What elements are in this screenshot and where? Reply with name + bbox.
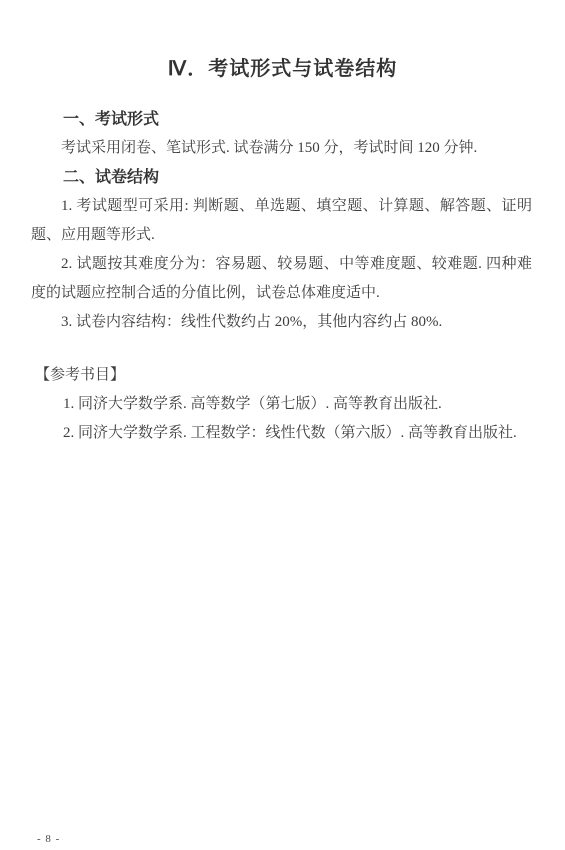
paragraph-question-types: 1. 考试题型可采用: 判断题、单选题、填空题、计算题、解答题、证明题、应用题等… <box>31 192 532 250</box>
paragraph-exam-format: 考试采用闭卷、笔试形式. 试卷满分 150 分，考试时间 120 分钟. <box>31 134 532 163</box>
paragraph-content-proportion: 3. 试卷内容结构：线性代数约占 20%，其他内容约占 80%. <box>31 308 532 337</box>
paragraph-difficulty-levels: 2. 试题按其难度分为：容易题、较易题、中等难度题、较难题. 四种难度的试题应控… <box>31 250 532 308</box>
reference-item-1: 1. 同济大学数学系. 高等数学（第七版）. 高等教育出版社. <box>63 390 532 419</box>
page-title: Ⅳ．考试形式与试卷结构 <box>0 0 565 83</box>
references-heading: 【参考书目】 <box>35 361 532 390</box>
document-page: Ⅳ．考试形式与试卷结构 一、考试形式 考试采用闭卷、笔试形式. 试卷满分 150… <box>0 0 565 850</box>
reference-item-2: 2. 同济大学数学系. 工程数学：线性代数（第六版）. 高等教育出版社. <box>63 419 532 448</box>
page-number: - 8 - <box>37 832 60 846</box>
document-body: 一、考试形式 考试采用闭卷、笔试形式. 试卷满分 150 分，考试时间 120 … <box>31 105 532 448</box>
section-heading-paper-structure: 二、试卷结构 <box>63 163 532 192</box>
section-heading-exam-format: 一、考试形式 <box>63 105 532 134</box>
